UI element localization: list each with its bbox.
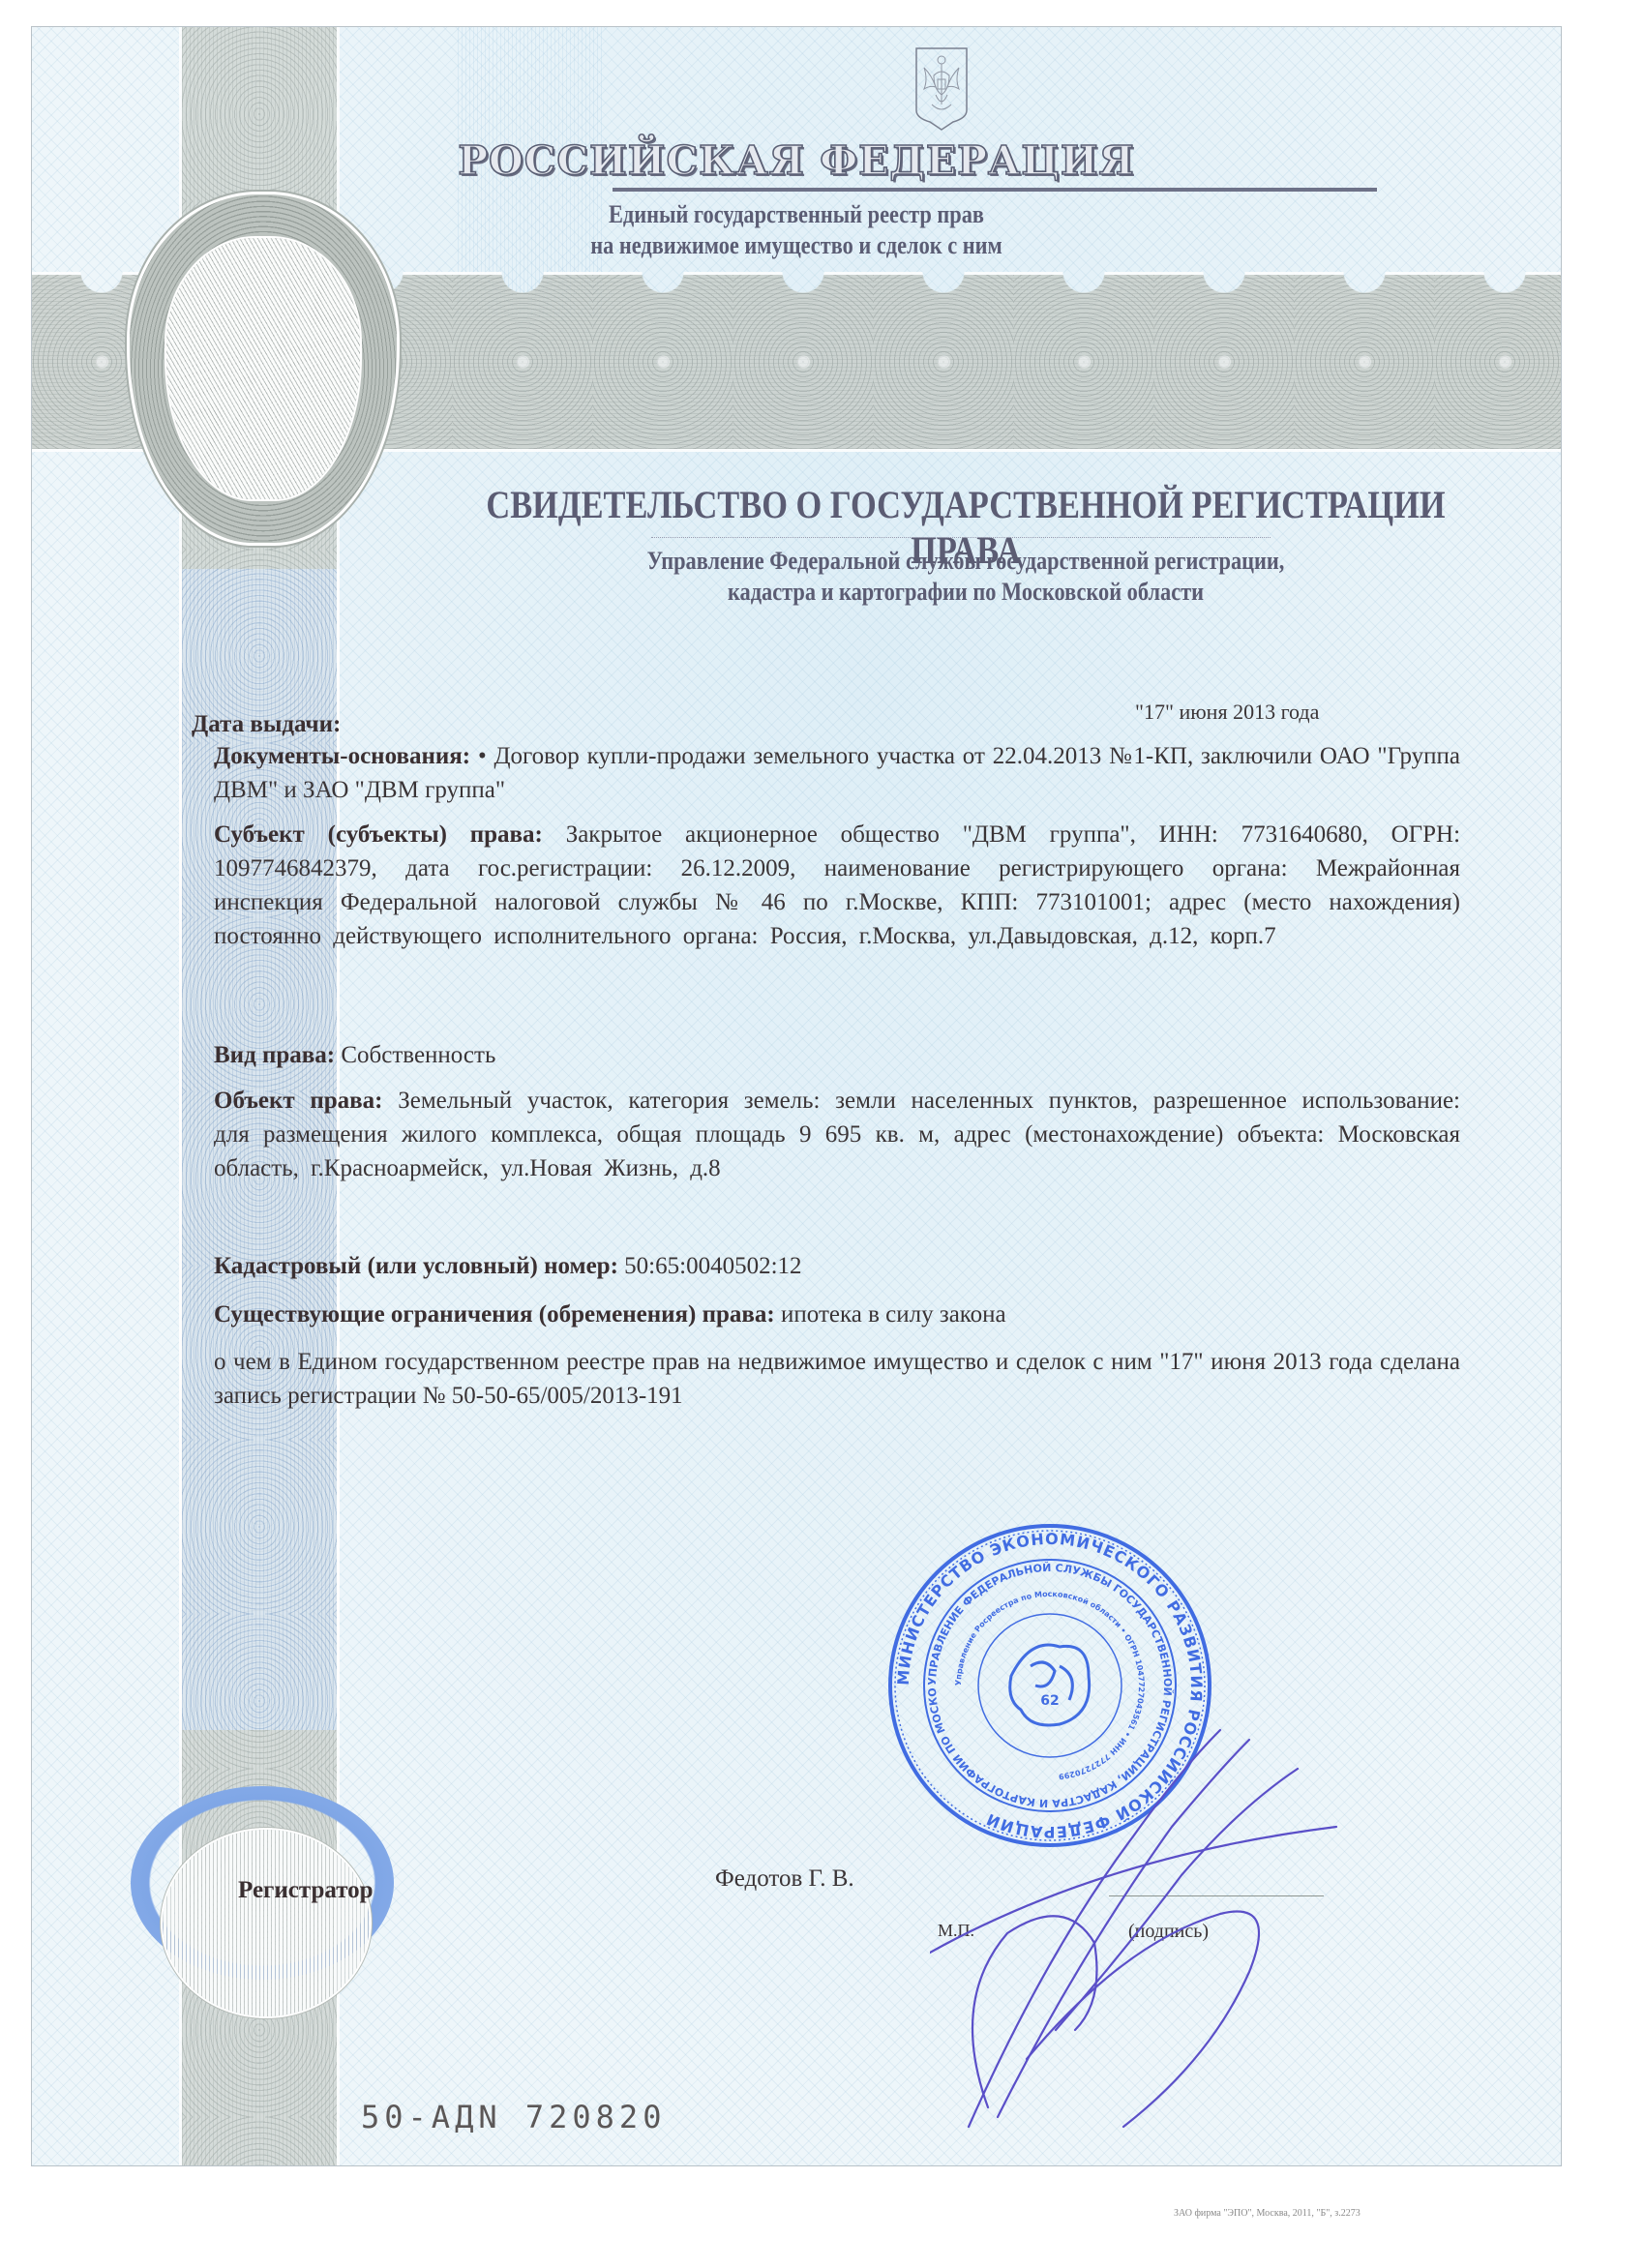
encumbrances-value: ипотека в силу закона xyxy=(781,1301,1006,1328)
certificate-title-rule xyxy=(651,537,1271,539)
title-rule xyxy=(613,188,1377,192)
subject-label: Субъект (субъекты) права: xyxy=(214,821,543,848)
right-type-value: Собственность xyxy=(341,1042,495,1068)
documents-label: Документы-основания: xyxy=(214,743,470,769)
registry-line-1: Единый государственный реестр прав xyxy=(139,199,1454,230)
encumbrances-label: Существующие ограничения (обременения) п… xyxy=(214,1301,775,1328)
handwritten-signature xyxy=(930,1711,1385,2136)
printer-imprint: ЗАО фирма "ЭПО", Москва, 2011, "Б", з.22… xyxy=(1174,2208,1361,2219)
right-type-field: Вид права: Собственность xyxy=(214,1038,1460,1072)
registry-subtitle: Единый государственный реестр прав на не… xyxy=(139,199,1454,261)
certificate-sheet: РОССИЙСКАЯ ФЕДЕРАЦИЯ Единый государствен… xyxy=(31,26,1562,2166)
cadastral-value: 50:65:0040502:12 xyxy=(624,1253,801,1279)
registrar-name: Федотов Г. В. xyxy=(715,1865,854,1893)
form-serial-number: 50-АДN 720820 xyxy=(361,2099,666,2135)
russian-coat-of-arms-icon xyxy=(914,46,969,132)
documents-field: Документы-основания: • Договор купли-про… xyxy=(214,739,1460,807)
object-value: Земельный участок, категория земель: зем… xyxy=(214,1088,1460,1181)
country-title: РОССИЙСКАЯ ФЕДЕРАЦИЯ xyxy=(32,137,1561,184)
right-type-label: Вид права: xyxy=(214,1042,335,1068)
subject-field: Субъект (субъекты) права: Закрытое акцио… xyxy=(214,818,1460,953)
issue-date-value: "17" июня 2013 года xyxy=(1135,700,1319,725)
issuer-line-2: кадастра и картографии по Московской обл… xyxy=(454,577,1478,608)
stamp-number: 62 xyxy=(1040,1693,1059,1709)
issue-date-label: Дата выдачи: xyxy=(192,711,341,738)
registrar-role-label: Регистратор xyxy=(238,1877,374,1904)
encumbrances-field: Существующие ограничения (обременения) п… xyxy=(214,1298,1460,1331)
issuer-line-1: Управление Федеральной службы государств… xyxy=(454,546,1478,577)
issuing-authority: Управление Федеральной службы государств… xyxy=(454,546,1478,608)
registration-record: о чем в Едином государственном реестре п… xyxy=(214,1345,1460,1413)
object-label: Объект права: xyxy=(214,1088,383,1114)
cadastral-field: Кадастровый (или условный) номер: 50:65:… xyxy=(214,1249,1460,1283)
object-field: Объект права: Земельный участок, категор… xyxy=(214,1084,1460,1185)
registry-line-2: на недвижимое имущество и сделок с ним xyxy=(139,230,1454,261)
cadastral-label: Кадастровый (или условный) номер: xyxy=(214,1253,618,1279)
